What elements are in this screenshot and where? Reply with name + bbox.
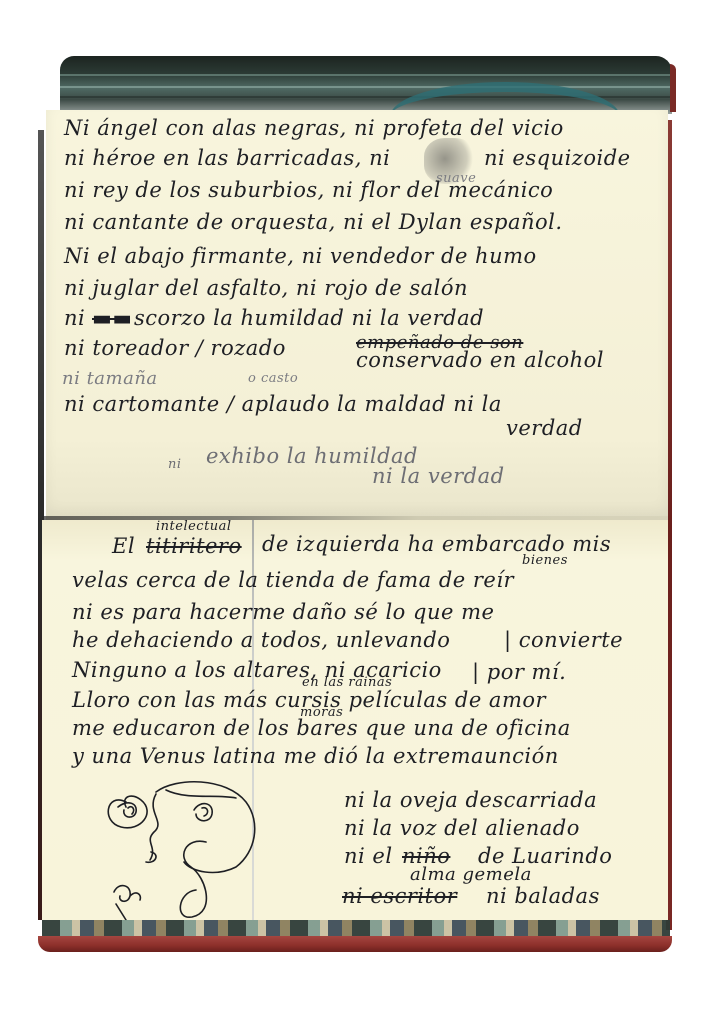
upper-line-1: Ni ángel con alas negras, ni profeta del…	[64, 118, 564, 139]
cover-corner	[670, 64, 676, 112]
upper-line-5: Ni el abajo firmante, ni vendedor de hum…	[64, 246, 537, 267]
insertion-word: intelectual	[156, 520, 232, 533]
page-edge-stripe	[60, 74, 672, 76]
closing-line-3-pre: ni el	[344, 846, 393, 867]
upper-line-7: ni	[64, 308, 85, 329]
pencil-margin-note: o casto	[248, 372, 298, 385]
top-page-stack	[60, 56, 672, 114]
lower-line-5-bracket: | por mí.	[472, 662, 566, 683]
red-leather-cover	[38, 936, 672, 952]
lower-line-2: velas cerca de la tienda de fama de reír	[72, 570, 514, 591]
upper-line-9: ni cartomante / aplaudo la maldad ni la	[64, 394, 502, 415]
lower-line-4-bracket: | convierte	[504, 630, 623, 651]
upper-line-8b: conservado en alcohol	[356, 350, 604, 371]
closing-line-5-struck: ni escritor	[342, 886, 457, 907]
struck-word: ▬▬	[92, 308, 130, 329]
upper-line-6: ni juglar del asfalto, ni rojo de salón	[64, 278, 468, 299]
lower-line-4: he dehaciendo a todos, unlevando	[72, 630, 450, 651]
closing-line-5-post: ni baladas	[486, 886, 600, 907]
lower-line-1-pre: El	[112, 536, 135, 557]
closing-line-1: ni la oveja descarriada	[344, 790, 597, 811]
lower-line-7: me educaron de los bares que una de ofic…	[72, 718, 571, 739]
upper-line-2b: ni esquizoide	[484, 148, 631, 169]
lower-line-3: ni es para hacerme daño sé lo que me	[72, 602, 494, 623]
page-gutter	[42, 516, 668, 520]
upper-line-3: ni rey de los suburbios, ni flor del mec…	[64, 180, 553, 201]
upper-line-10: verdad	[506, 418, 583, 439]
lower-line-1-post: de izquierda ha embarcado mis	[262, 534, 611, 555]
pencil-margin-note: ni tamaña	[62, 370, 158, 388]
lower-line-8: y una Venus latina me dió la extremaunci…	[72, 746, 559, 767]
insertion-word: bienes	[522, 554, 568, 567]
page-edge-stripe	[60, 86, 672, 88]
closing-insertion: alma gemela	[410, 866, 532, 884]
pencil-note-line-2: ni la verdad	[372, 466, 505, 487]
upper-line-8: ni toreador / rozado	[64, 338, 286, 359]
face-sketch-drawing	[96, 772, 276, 922]
upper-line-2: ni héroe en las barricadas, ni	[64, 148, 390, 169]
upper-line-7b: scorzo la humildad ni la verdad	[134, 308, 484, 329]
closing-line-2: ni la voz del alienado	[344, 818, 580, 839]
upper-line-4: ni cantante de orquesta, ni el Dylan esp…	[64, 212, 563, 233]
notebook-photo: Ni ángel con alas negras, ni profeta del…	[0, 0, 720, 1018]
pencil-note-prefix: ni	[168, 458, 182, 471]
lower-line-1-struck: titiritero	[146, 536, 242, 557]
